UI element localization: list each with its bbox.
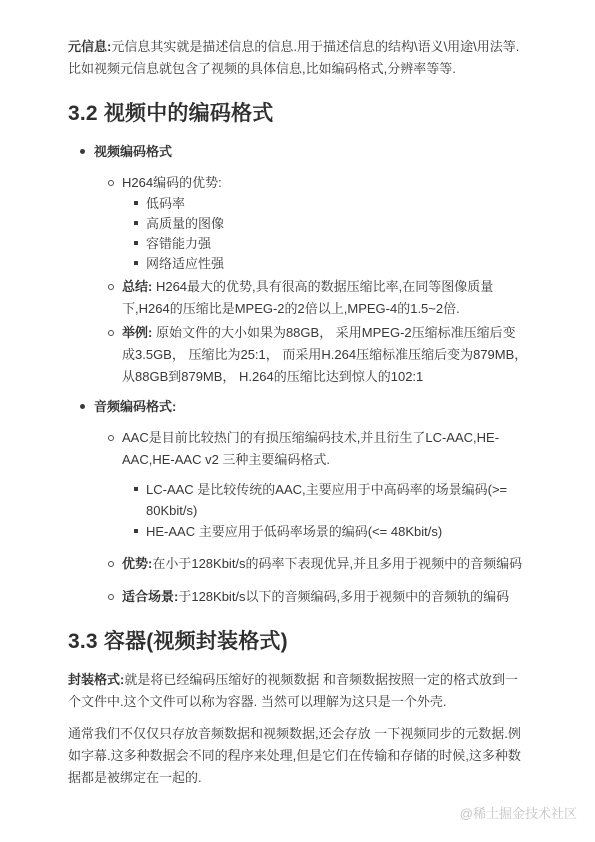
watermark: @稀土掘金技术社区 [460,806,577,821]
section-3-2-heading: 3.2 视频中的编码格式 [68,100,528,127]
storage-paragraph: 通常我们不仅仅只存放音频数据和视频数据,还会存放 一下视频同步的元数据.例如字幕… [68,723,528,789]
video-encoding-title: 视频编码格式 [94,141,528,163]
advantage-label: 优势: [122,556,152,571]
h264-example-item: 举例: 原始文件的大小如果为88GB， 采用MPEG-2压缩标准压缩后变成3.5… [122,322,528,388]
aac-advantage-item: 优势:在小于128Kbit/s的码率下表现优异,并且多用于视频中的音频编码 [122,553,528,575]
audio-encoding-title: 音频编码格式: [94,396,528,418]
intro-text: 元信息其实就是描述信息的信息.用于描述信息的结构\语义\用途\用法等.比如视频元… [68,39,519,76]
list-item: HE-AAC 主要应用于低码率场景的编码(<= 48Kbit/s) [146,521,528,542]
h264-advantages-title: H264编码的优势: [122,172,528,194]
h264-advantages-item: H264编码的优势: 低码率 高质量的图像 容错能力强 网络适应性强 [122,172,528,274]
audio-encoding-item: 音频编码格式: AAC是目前比较热门的有损压缩编码技术,并且衍生了LC-AAC,… [94,396,528,608]
encoding-formats-list: 视频编码格式 H264编码的优势: 低码率 高质量的图像 容错能力强 网络适应性… [68,141,528,608]
video-encoding-item: 视频编码格式 H264编码的优势: 低码率 高质量的图像 容错能力强 网络适应性… [94,141,528,388]
scenario-label: 适合场景: [122,589,178,604]
h264-summary-item: 总结: H264最大的优势,具有很高的数据压缩比率,在同等图像质量下,H264的… [122,276,528,320]
h264-advantages-list: 低码率 高质量的图像 容错能力强 网络适应性强 [122,194,528,274]
example-label: 举例: [122,325,152,340]
video-encoding-sublist: H264编码的优势: 低码率 高质量的图像 容错能力强 网络适应性强 总结: H… [94,172,528,388]
advantage-text: 在小于128Kbit/s的码率下表现优异,并且多用于视频中的音频编码 [152,556,522,571]
intro-paragraph: 元信息:元信息其实就是描述信息的信息.用于描述信息的结构\语义\用途\用法等.比… [68,36,528,80]
list-item: LC-AAC 是比较传统的AAC,主要应用于中高码率的场景编码(>= 80Kbi… [146,479,528,521]
aac-item: AAC是目前比较热门的有损压缩编码技术,并且衍生了LC-AAC,HE-AAC,H… [122,427,528,542]
packaging-paragraph: 封装格式:就是将已经编码压缩好的视频数据 和音频数据按照一定的格式放到一个文件中… [68,669,528,713]
packaging-label: 封装格式: [68,672,124,687]
list-item: 容错能力强 [146,234,528,254]
packaging-text: 就是将已经编码压缩好的视频数据 和音频数据按照一定的格式放到一个文件中.这个文件… [68,672,518,709]
aac-variants-list: LC-AAC 是比较传统的AAC,主要应用于中高码率的场景编码(>= 80Kbi… [122,479,528,542]
example-text: 原始文件的大小如果为88GB， 采用MPEG-2压缩标准压缩后变成3.5GB， … [122,325,527,384]
audio-encoding-sublist: AAC是目前比较热门的有损压缩编码技术,并且衍生了LC-AAC,HE-AAC,H… [94,427,528,608]
scenario-text: 于128Kbit/s以下的音频编码,多用于视频中的音频轨的编码 [178,589,509,604]
list-item: 高质量的图像 [146,214,528,234]
document-page: 元信息:元信息其实就是描述信息的信息.用于描述信息的结构\语义\用途\用法等.比… [0,0,595,842]
aac-scenario-item: 适合场景:于128Kbit/s以下的音频编码,多用于视频中的音频轨的编码 [122,586,528,608]
intro-label: 元信息: [68,39,111,54]
list-item: 网络适应性强 [146,254,528,274]
section-3-3-heading: 3.3 容器(视频封装格式) [68,628,528,655]
aac-text: AAC是目前比较热门的有损压缩编码技术,并且衍生了LC-AAC,HE-AAC,H… [122,427,528,471]
summary-text: H264最大的优势,具有很高的数据压缩比率,在同等图像质量下,H264的压缩比是… [122,279,493,316]
summary-label: 总结: [122,279,152,294]
list-item: 低码率 [146,194,528,214]
